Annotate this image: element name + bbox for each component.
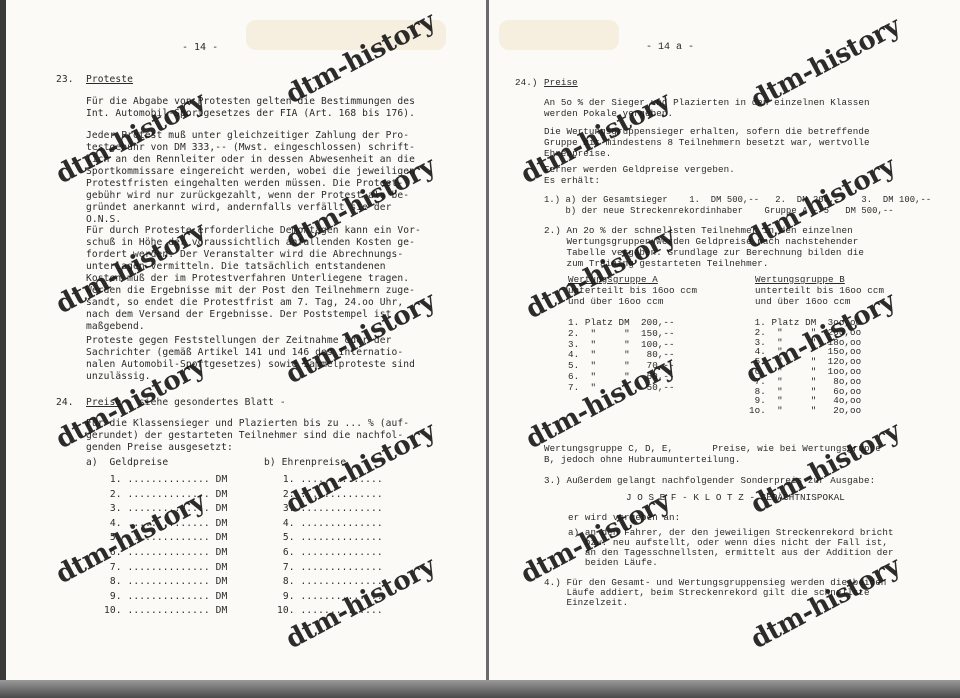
page-number: - 14 - (182, 42, 218, 53)
paragraph: Für die Klassensieger und Plazierten bis… (86, 418, 409, 454)
page-number: - 14 a - (646, 42, 694, 53)
paragraph: Für die Abgabe von Protesten gelten die … (86, 96, 415, 120)
section-number: 23. (56, 74, 74, 86)
section-number: 24.) (515, 77, 537, 89)
prize-item-1: 1.) a) der Gesamtsieger 1. DM 500,-- 2. … (544, 195, 931, 217)
section-title: Preise (544, 77, 578, 89)
scan-bottom-edge (0, 680, 960, 698)
section-number: 24. (56, 397, 74, 409)
section-title: Proteste (86, 74, 133, 86)
paper-stain (499, 20, 619, 50)
cash-prizes-label: a) Geldpreise (86, 457, 168, 469)
paragraph: An 5o % der Sieger und Plazierten in den… (544, 97, 870, 119)
